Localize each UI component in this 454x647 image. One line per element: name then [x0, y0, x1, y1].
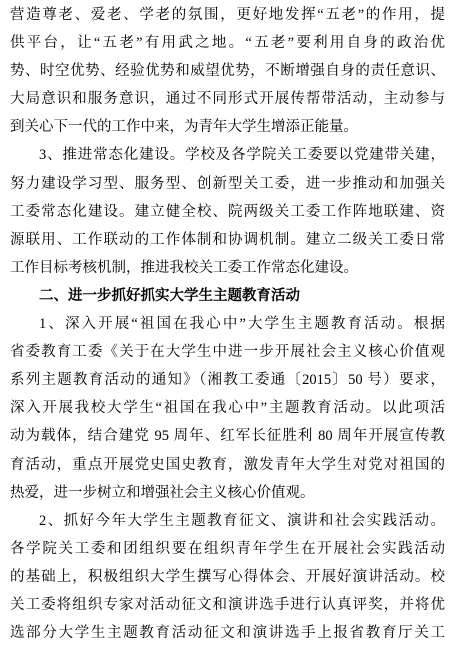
section-heading-block: 二、进一步抓好抓实大学生主题教育活动 — [10, 282, 445, 310]
numbered-paragraph-2: 2、抓好今年大学生主题教育征文、演讲和社会实践活动。 各学院关工委和团组织要在组… — [10, 507, 445, 647]
text-line: 努力建设学习型、服务型、创新型关工委，进一步推动和加强关 — [10, 170, 445, 198]
text-line: 关工委将组织专家对活动征文和演讲选手进行认真评奖，并将优 — [10, 591, 445, 619]
text-line: 1、深入开展“祖国在我心中”大学生主题教育活动。根据 — [10, 310, 445, 338]
text-line: 选部分大学生主题教育活动征文和演讲选手上报省教育厅关工 — [10, 619, 445, 647]
section-heading: 二、进一步抓好抓实大学生主题教育活动 — [10, 282, 445, 310]
document-page: 营造尊老、爱老、学老的氛围，更好地发挥“五老”的作用，提 供平台，让“五老”有用… — [0, 0, 454, 647]
text-line: 动为载体，结合建党 95 周年、红军长征胜利 80 周年开展宣传教 — [10, 422, 445, 450]
text-line: 系列主题教育活动的通知》（湘教工委通〔2015〕50 号）要求， — [10, 366, 445, 394]
text-line: 省委教育工委《关于在大学生中进一步开展社会主义核心价值观 — [10, 338, 445, 366]
paragraph-continuation: 营造尊老、爱老、学老的氛围，更好地发挥“五老”的作用，提 供平台，让“五老”有用… — [10, 1, 445, 141]
text-line: 势、时空优势、经验优势和威望优势，不断增强自身的责任意识、 — [10, 57, 445, 85]
text-line: 各学院关工委和团组织要在组织青年学生在开展社会实践活动 — [10, 535, 445, 563]
text-line: 2、抓好今年大学生主题教育征文、演讲和社会实践活动。 — [10, 507, 445, 535]
text-line: 源联用、工作联动的工作体制和协调机制。建立二级关工委日常 — [10, 226, 445, 254]
numbered-paragraph-3: 3、推进常态化建设。学校及各学院关工委要以党建带关建， 努力建设学习型、服务型、… — [10, 141, 445, 281]
text-line: 工作目标考核机制，推进我校关工委工作常态化建设。 — [10, 254, 445, 282]
text-line: 的基础上，积极组织大学生撰写心得体会、开展好演讲活动。校 — [10, 563, 445, 591]
text-line: 育活动，重点开展党史国史教育，激发青年大学生对党对祖国的 — [10, 451, 445, 479]
text-line: 热爱，进一步树立和增强社会主义核心价值观。 — [10, 479, 445, 507]
text-line: 大局意识和服务意识，通过不同形式开展传帮带活动，主动参与 — [10, 85, 445, 113]
text-line: 深入开展我校大学生“祖国在我心中”主题教育活动。以此项活 — [10, 394, 445, 422]
text-line: 工委常态化建设。建立健全校、院两级关工委工作阵地联建、资 — [10, 198, 445, 226]
text-line: 到关心下一代的工作中来，为青年大学生增添正能量。 — [10, 113, 445, 141]
numbered-paragraph-1: 1、深入开展“祖国在我心中”大学生主题教育活动。根据 省委教育工委《关于在大学生… — [10, 310, 445, 507]
text-line: 供平台，让“五老”有用武之地。“五老”要利用自身的政治优 — [10, 29, 445, 57]
text-line: 营造尊老、爱老、学老的氛围，更好地发挥“五老”的作用，提 — [10, 1, 445, 29]
text-line: 3、推进常态化建设。学校及各学院关工委要以党建带关建， — [10, 141, 445, 169]
